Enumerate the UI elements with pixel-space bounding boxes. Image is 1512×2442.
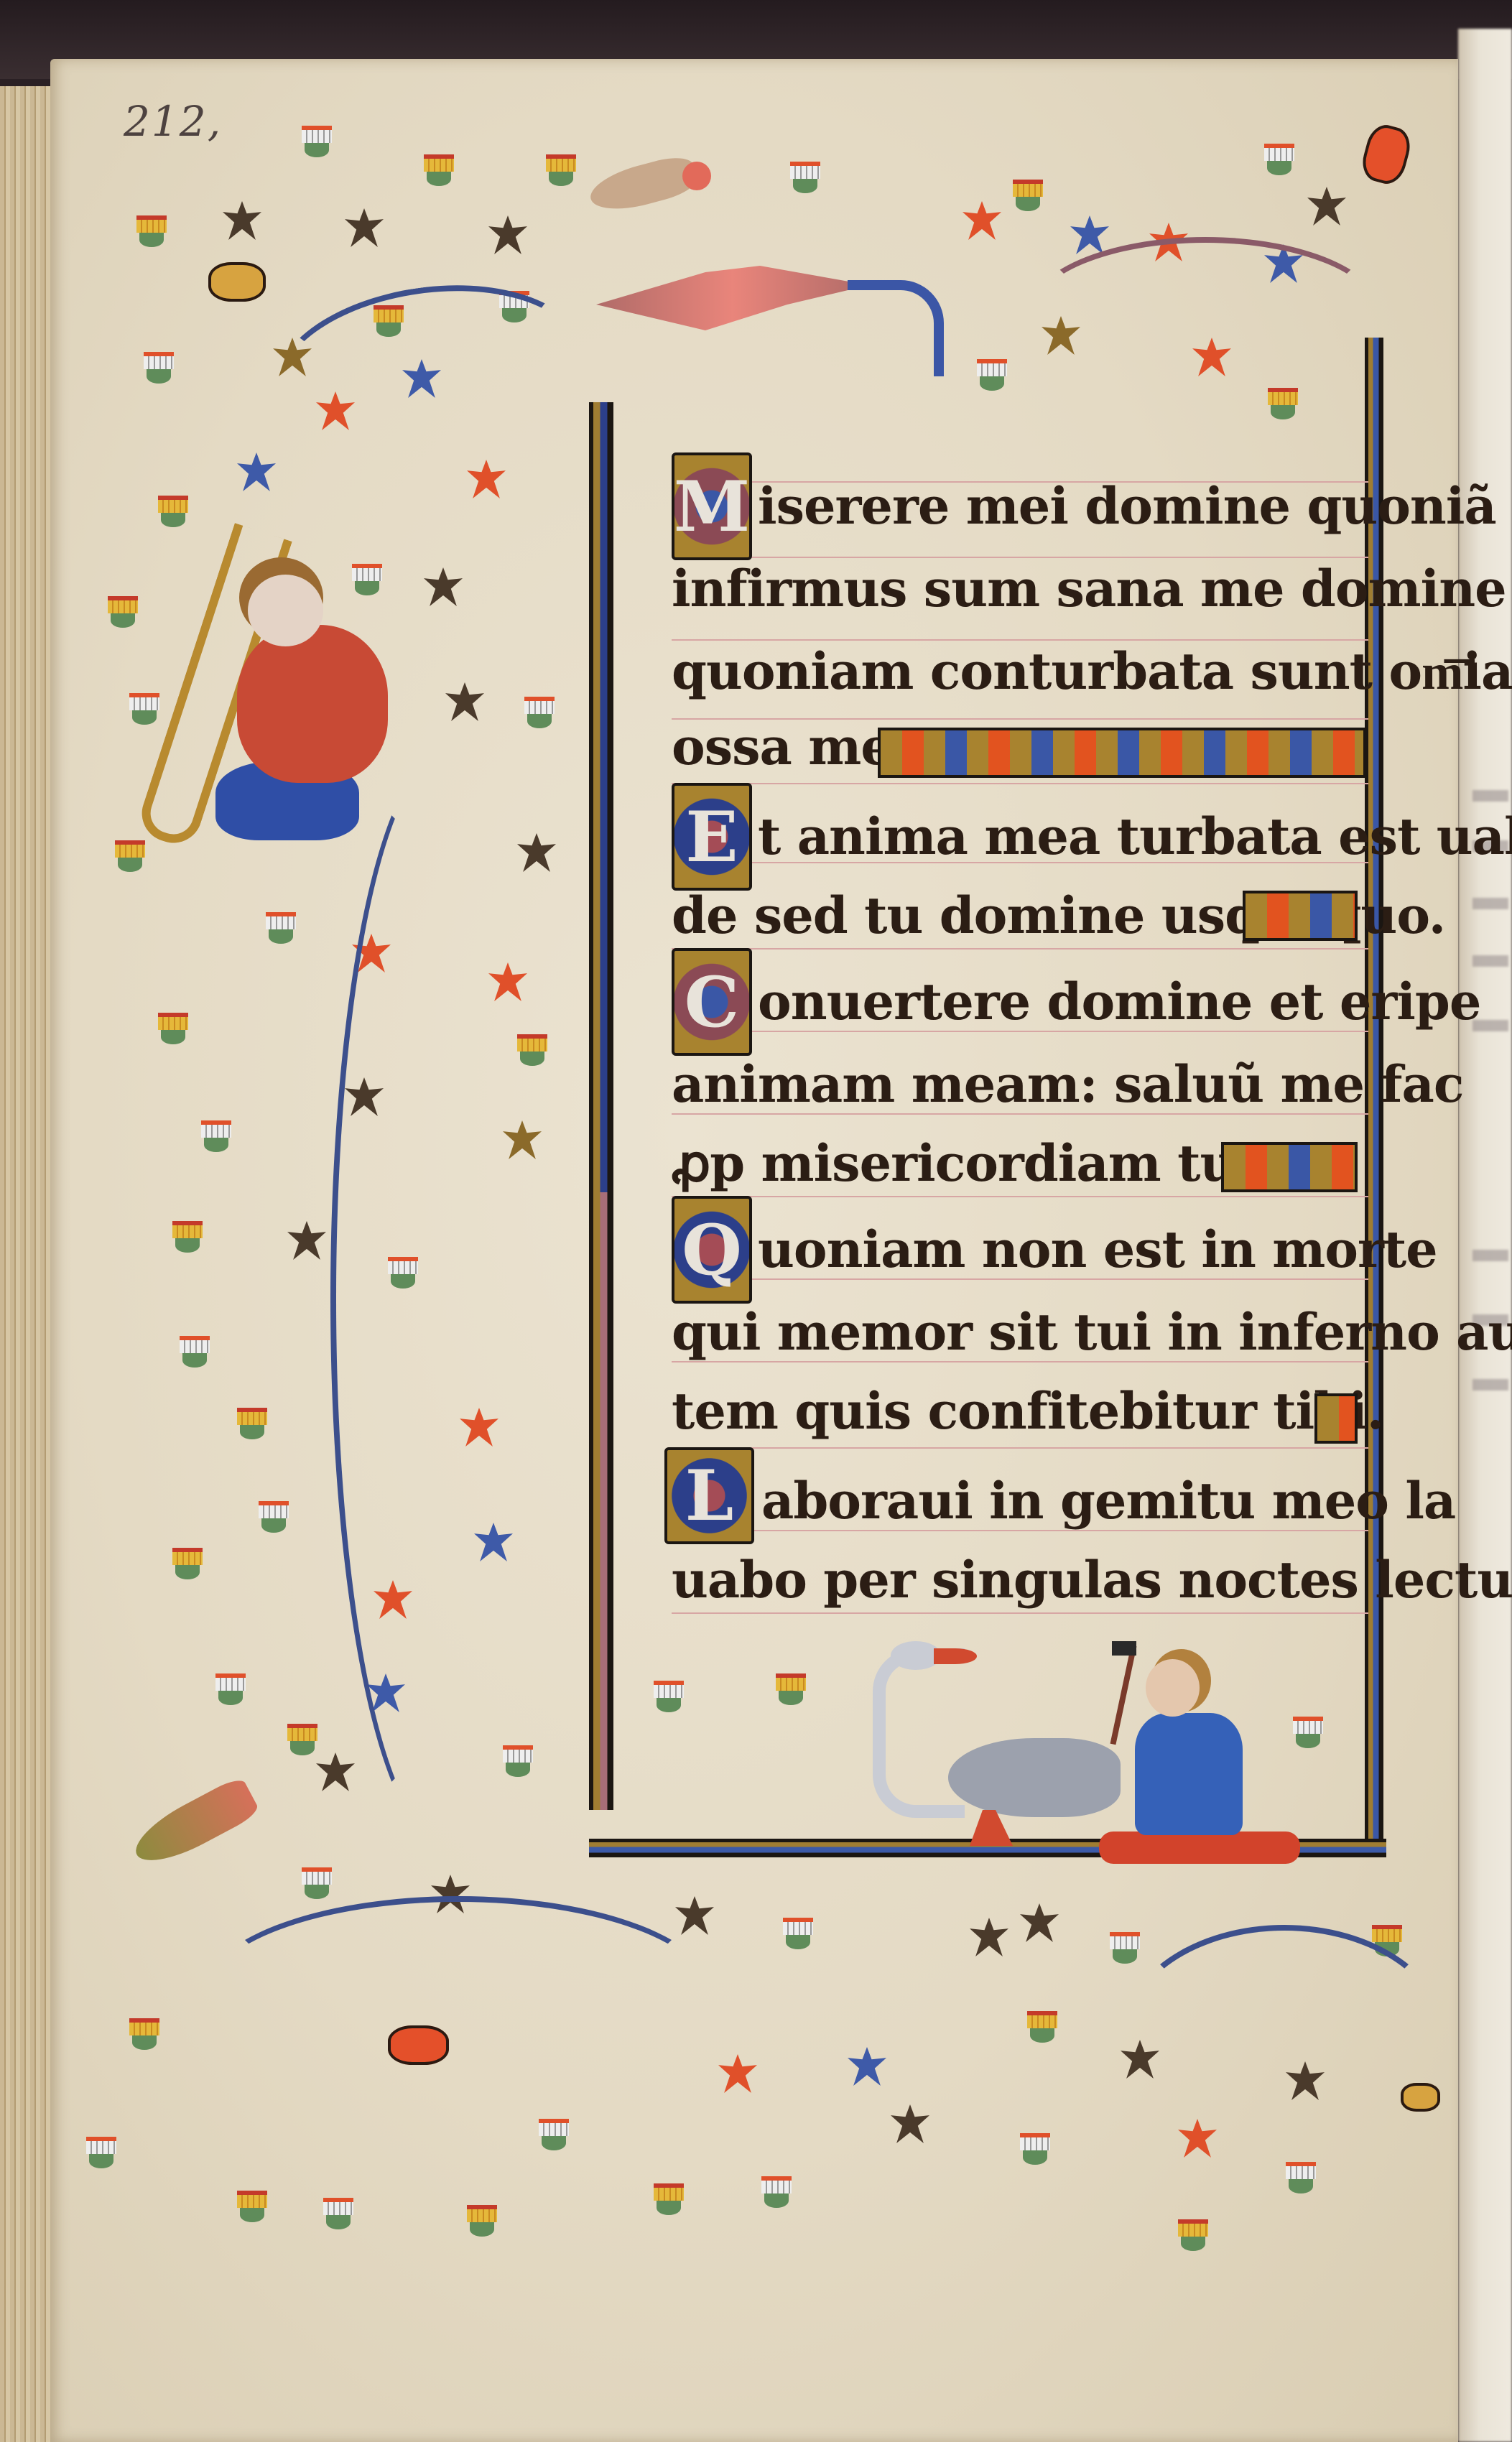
thistle-flower-icon [158, 1013, 188, 1046]
thistle-flower-icon [1178, 2219, 1208, 2252]
thistle-flower-icon [108, 596, 138, 629]
thistle-flower-icon [215, 1673, 246, 1707]
thistle-flower-icon [259, 1501, 289, 1534]
line-filler-1 [878, 728, 1366, 778]
thistle-flower-icon [180, 1336, 210, 1369]
text-line-5: t anima mea turbata est ual [758, 797, 1512, 876]
thistle-flower-icon [129, 2018, 159, 2051]
thistle-flower-icon [352, 564, 382, 597]
thistle-flower-icon [1110, 1932, 1140, 1965]
dragon-tail [848, 280, 944, 376]
thistle-flower-icon [172, 1221, 203, 1254]
text-line-1: iserere mei domine quoniã [758, 467, 1496, 546]
thistle-flower-icon [1013, 180, 1043, 213]
thistle-flower-icon [144, 352, 174, 385]
thistle-flower-icon [546, 154, 576, 187]
trumpeter-figure [237, 625, 388, 783]
thistle-flower-icon [266, 912, 296, 945]
thistle-flower-icon [1286, 2162, 1316, 2195]
thistle-flower-icon [302, 1867, 332, 1900]
line-filler-4 [1314, 1393, 1358, 1444]
book-page-edges [0, 86, 57, 2442]
thistle-flower-icon [201, 1120, 231, 1153]
trumpeter-head [248, 575, 323, 646]
thistle-flower-icon [1293, 1717, 1323, 1750]
thistle-flower-icon [237, 1408, 267, 1441]
thistle-flower-icon [1264, 144, 1294, 177]
thistle-flower-icon [1020, 2133, 1050, 2166]
text-line-3: quoniam conturbata sunt om͞ia [672, 632, 1512, 711]
thistle-flower-icon [172, 1548, 203, 1581]
text-line-11: qui memor sit tui in inferno au [672, 1293, 1512, 1372]
vine-scroll [201, 1896, 715, 2094]
ghost-text-line [1472, 898, 1508, 909]
goldfinch-head [682, 162, 711, 190]
thistle-flower-icon [467, 2205, 497, 2238]
thistle-flower-icon [158, 496, 188, 529]
peasant-legs [1099, 1831, 1300, 1864]
decorated-initial-q: Q [672, 1196, 752, 1304]
thistle-flower-icon [654, 1681, 684, 1714]
frame-bar-left-lower [589, 1192, 613, 1810]
goose-figure [948, 1738, 1121, 1817]
thistle-flower-icon [776, 1673, 806, 1707]
axe-head [1112, 1641, 1136, 1656]
thistle-flower-icon [1268, 388, 1298, 421]
line-filler-3 [1221, 1142, 1358, 1192]
thistle-flower-icon [237, 2191, 267, 2224]
thistle-flower-icon [302, 126, 332, 159]
text-line-12: tem quis confitebitur tibi. [672, 1372, 1383, 1451]
thistle-flower-icon [790, 162, 820, 195]
butterfly-icon [208, 262, 266, 302]
decorated-initial-e: E [672, 783, 752, 891]
thistle-flower-icon [977, 359, 1007, 392]
peasant-head [1146, 1659, 1200, 1717]
folio-number: 212, [124, 97, 222, 146]
text-line-8: animam meam: saluũ me fac [672, 1045, 1464, 1124]
line-filler-2 [1243, 891, 1358, 941]
ghost-text-line [1472, 1250, 1508, 1261]
thistle-flower-icon [1027, 2011, 1057, 2044]
thistle-flower-icon [539, 2119, 569, 2152]
text-line-2: infirmus sum sana me domine [672, 549, 1506, 628]
vine-scroll [330, 754, 557, 1843]
thistle-flower-icon [654, 2183, 684, 2216]
thistle-flower-icon [136, 215, 167, 249]
thistle-flower-icon [503, 1745, 533, 1778]
text-line-7: onuertere domine et eripe [758, 962, 1480, 1041]
text-line-13: aboraui in gemitu meo la [761, 1462, 1455, 1541]
thistle-flower-icon [761, 2176, 792, 2209]
thistle-flower-icon [524, 697, 555, 730]
peasant-with-axe-figure [1135, 1713, 1243, 1835]
text-line-14: uabo per singulas noctes lectum [672, 1541, 1512, 1620]
thistle-flower-icon [323, 2198, 353, 2231]
decorated-initial-l: L [664, 1447, 754, 1544]
goose-neck [873, 1648, 965, 1818]
thistle-flower-icon [86, 2137, 116, 2170]
thistle-flower-icon [115, 840, 145, 873]
goose-beak [934, 1648, 977, 1664]
vine-scroll [1121, 1925, 1448, 2152]
thistle-flower-icon [783, 1918, 813, 1951]
thistle-flower-icon [129, 693, 159, 726]
thistle-flower-icon [287, 1724, 317, 1757]
ghost-text-line [1472, 1379, 1508, 1391]
text-line-10: uoniam non est in morte [758, 1210, 1437, 1289]
decorated-initial-m: M [672, 452, 752, 560]
vine-scroll [1027, 237, 1383, 392]
decorated-initial-c: C [672, 948, 752, 1056]
facing-page-edge [1458, 29, 1512, 2442]
thistle-flower-icon [424, 154, 454, 187]
